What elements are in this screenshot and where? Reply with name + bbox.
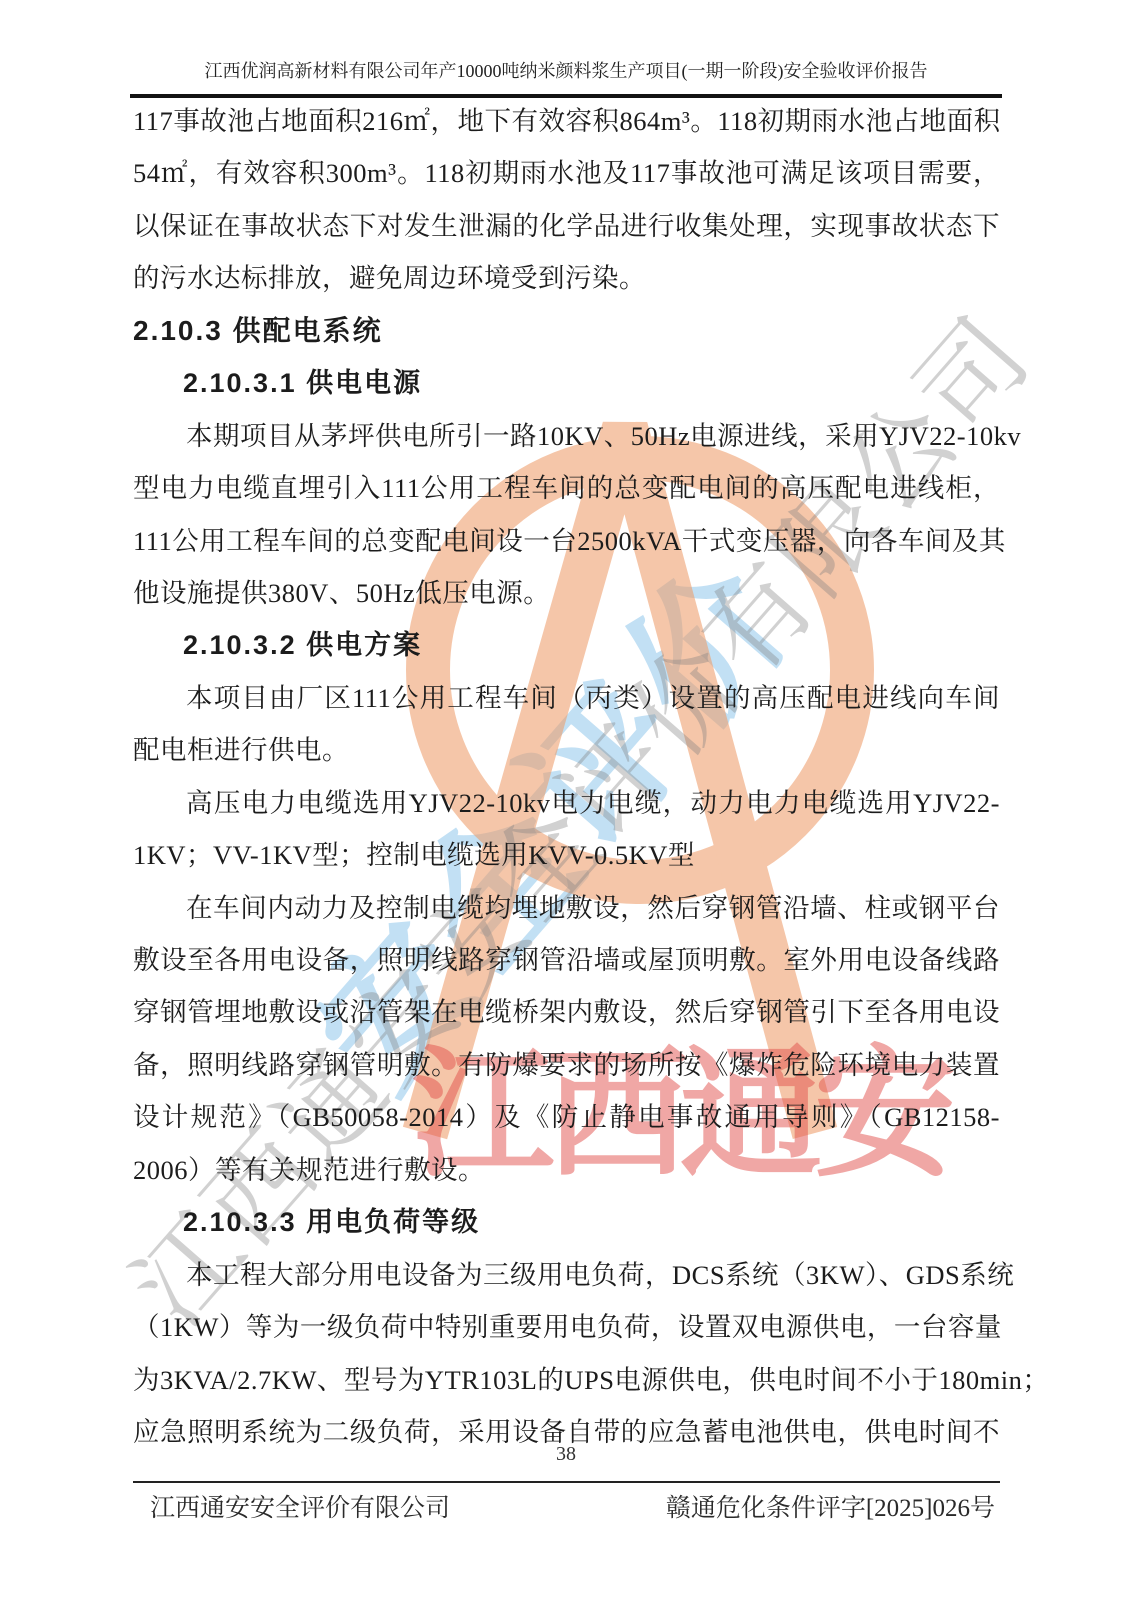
body-line: 他设施提供380V、50Hz低压电源。 [133, 567, 1000, 619]
body-line: 在车间内动力及控制电缆均埋地敷设，然后穿钢管沿墙、柱或钢平台 [133, 882, 1000, 934]
section-heading: 2.10.3.3 用电负荷等级 [133, 1196, 1000, 1248]
body-line: 2006）等有关规范进行敷设。 [133, 1144, 1000, 1196]
body-line: 配电柜进行供电。 [133, 724, 1000, 776]
section-heading: 2.10.3 供配电系统 [133, 305, 1000, 357]
body-line: 54㎡，有效容积300m³。118初期雨水池及117事故池可满足该项目需要， [133, 147, 1000, 199]
body-line: 以保证在事故状态下对发生泄漏的化学品进行收集处理，实现事故状态下 [133, 200, 1000, 252]
document-page: 安全评价 江西通安安全评价有限公司 江西通安 江西优润高新材料有限公司年产100… [0, 0, 1132, 1600]
body-line: 本工程大部分用电设备为三级用电负荷，DCS系统（3KW）、GDS系统 [133, 1249, 1000, 1301]
body-line: 备，照明线路穿钢管明敷。有防爆要求的场所按《爆炸危险环境电力装置 [133, 1039, 1000, 1091]
section-heading: 2.10.3.2 供电方案 [133, 619, 1000, 671]
body-line: 高压电力电缆选用YJV22-10kv电力电缆，动力电力电缆选用YJV22- [133, 777, 1000, 829]
body-line: 的污水达标排放，避免周边环境受到污染。 [133, 252, 1000, 304]
body-line: 本期项目从茅坪供电所引一路10KV、50Hz电源进线，采用YJV22-10kv [133, 410, 1000, 462]
section-heading: 2.10.3.1 供电电源 [133, 357, 1000, 409]
body-line: 敷设至各用电设备，照明线路穿钢管沿墙或屋顶明敷。室外用电设备线路 [133, 934, 1000, 986]
page-header-title: 江西优润高新材料有限公司年产10000吨纳米颜料浆生产项目(一期一阶段)安全验收… [66, 57, 1066, 83]
body-line: 117事故池占地面积216㎡，地下有效容积864m³。118初期雨水池占地面积 [133, 95, 1000, 147]
document-body: 117事故池占地面积216㎡，地下有效容积864m³。118初期雨水池占地面积5… [133, 95, 1000, 1458]
body-line: 为3KVA/2.7KW、型号为YTR103L的UPS电源供电，供电时间不小于18… [133, 1354, 1000, 1406]
footer-doc-number: 赣通危化条件评字[2025]026号 [666, 1488, 995, 1524]
body-line: 型电力电缆直埋引入111公用工程车间的总变配电间的高压配电进线柜， [133, 462, 1000, 514]
body-line: 本项目由厂区111公用工程车间（丙类）设置的高压配电进线向车间 [133, 672, 1000, 724]
body-line: 1KV；VV-1KV型；控制电缆选用KVV-0.5KV型 [133, 829, 1000, 881]
header-rule [130, 94, 1002, 98]
footer-rule [133, 1481, 1000, 1483]
body-line: 设计规范》（GB50058-2014）及《防止静电事故通用导则》（GB12158… [133, 1091, 1000, 1143]
footer-company: 江西通安安全评价有限公司 [150, 1488, 450, 1524]
page-number: 38 [0, 1443, 1132, 1466]
body-line: 111公用工程车间的总变配电间设一台2500kVA干式变压器，向各车间及其 [133, 515, 1000, 567]
body-line: 穿钢管埋地敷设或沿管架在电缆桥架内敷设，然后穿钢管引下至各用电设 [133, 986, 1000, 1038]
body-line: （1KW）等为一级负荷中特别重要用电负荷，设置双电源供电，一台容量 [133, 1301, 1000, 1353]
